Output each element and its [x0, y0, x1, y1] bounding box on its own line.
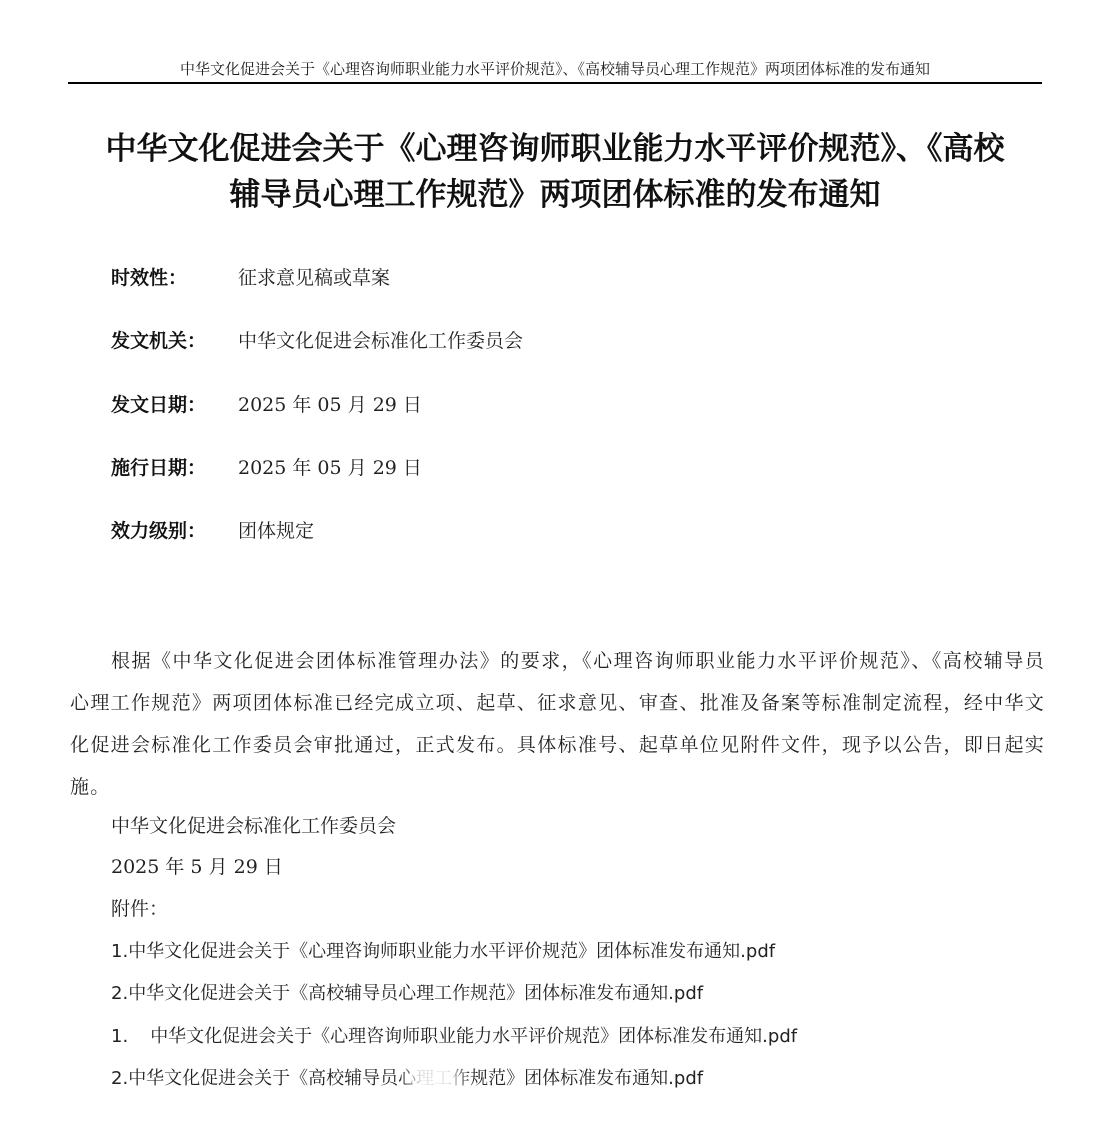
- attachment-name[interactable]: 中华文化促进会关于《高校辅导员心理工作规范》团体标准发布通知.pdf: [128, 983, 703, 1004]
- meta-row-effective-date: 施行日期： 2025 年 05 月 29 日: [111, 451, 422, 481]
- meta-value: 征求意见稿或草案: [238, 263, 390, 290]
- attachments-label: 附件：: [111, 894, 168, 924]
- meta-row-issue-date: 发文日期： 2025 年 05 月 29 日: [111, 388, 422, 418]
- signature-date: 2025 年 5 月 29 日: [111, 852, 283, 882]
- attachment-name[interactable]: 中华文化促进会关于《心理咨询师职业能力水平评价规范》团体标准发布通知.pdf: [128, 941, 775, 962]
- faded-overlay: [400, 1068, 470, 1094]
- meta-label: 效力级别：: [111, 516, 238, 543]
- attachment-number: 2.: [111, 983, 128, 1004]
- running-header: 中华文化促进会关于《心理咨询师职业能力水平评价规范》、《高校辅导员心理工作规范》…: [68, 58, 1042, 80]
- attachment-link[interactable]: 1.中华文化促进会关于《心理咨询师职业能力水平评价规范》团体标准发布通知.pdf: [111, 1022, 797, 1052]
- attachment-number: 1.: [111, 1026, 128, 1047]
- meta-value: 2025 年 05 月 29 日: [238, 390, 422, 417]
- meta-label: 时效性：: [111, 263, 238, 290]
- attachment-number: 1.: [111, 941, 128, 962]
- meta-row-validity: 时效性： 征求意见稿或草案: [111, 261, 390, 291]
- meta-row-issuer: 发文机关： 中华文化促进会标准化工作委员会: [111, 324, 523, 354]
- title-line-2: 辅导员心理工作规范》两项团体标准的发布通知: [60, 172, 1050, 218]
- attachment-link[interactable]: 2.中华文化促进会关于《高校辅导员心理工作规范》团体标准发布通知.pdf: [111, 979, 703, 1009]
- attachment-name[interactable]: 中华文化促进会关于《心理咨询师职业能力水平评价规范》团体标准发布通知.pdf: [150, 1026, 797, 1047]
- meta-label: 发文机关：: [111, 326, 238, 353]
- signature: 中华文化促进会标准化工作委员会: [111, 811, 396, 841]
- body-paragraph: 根据《中华文化促进会团体标准管理办法》的要求，《心理咨询师职业能力水平评价规范》…: [70, 640, 1045, 808]
- meta-label: 施行日期：: [111, 453, 238, 480]
- attachment-link[interactable]: 1.中华文化促进会关于《心理咨询师职业能力水平评价规范》团体标准发布通知.pdf: [111, 937, 775, 967]
- meta-value: 中华文化促进会标准化工作委员会: [238, 326, 523, 353]
- title-line-1: 中华文化促进会关于《心理咨询师职业能力水平评价规范》、《高校: [60, 126, 1050, 172]
- meta-label: 发文日期：: [111, 390, 238, 417]
- meta-value: 2025 年 05 月 29 日: [238, 453, 422, 480]
- header-rule: [68, 82, 1042, 84]
- attachment-number: 2.: [111, 1068, 128, 1089]
- meta-row-level: 效力级别： 团体规定: [111, 514, 314, 544]
- page-title: 中华文化促进会关于《心理咨询师职业能力水平评价规范》、《高校 辅导员心理工作规范…: [60, 126, 1050, 218]
- meta-value: 团体规定: [238, 516, 314, 543]
